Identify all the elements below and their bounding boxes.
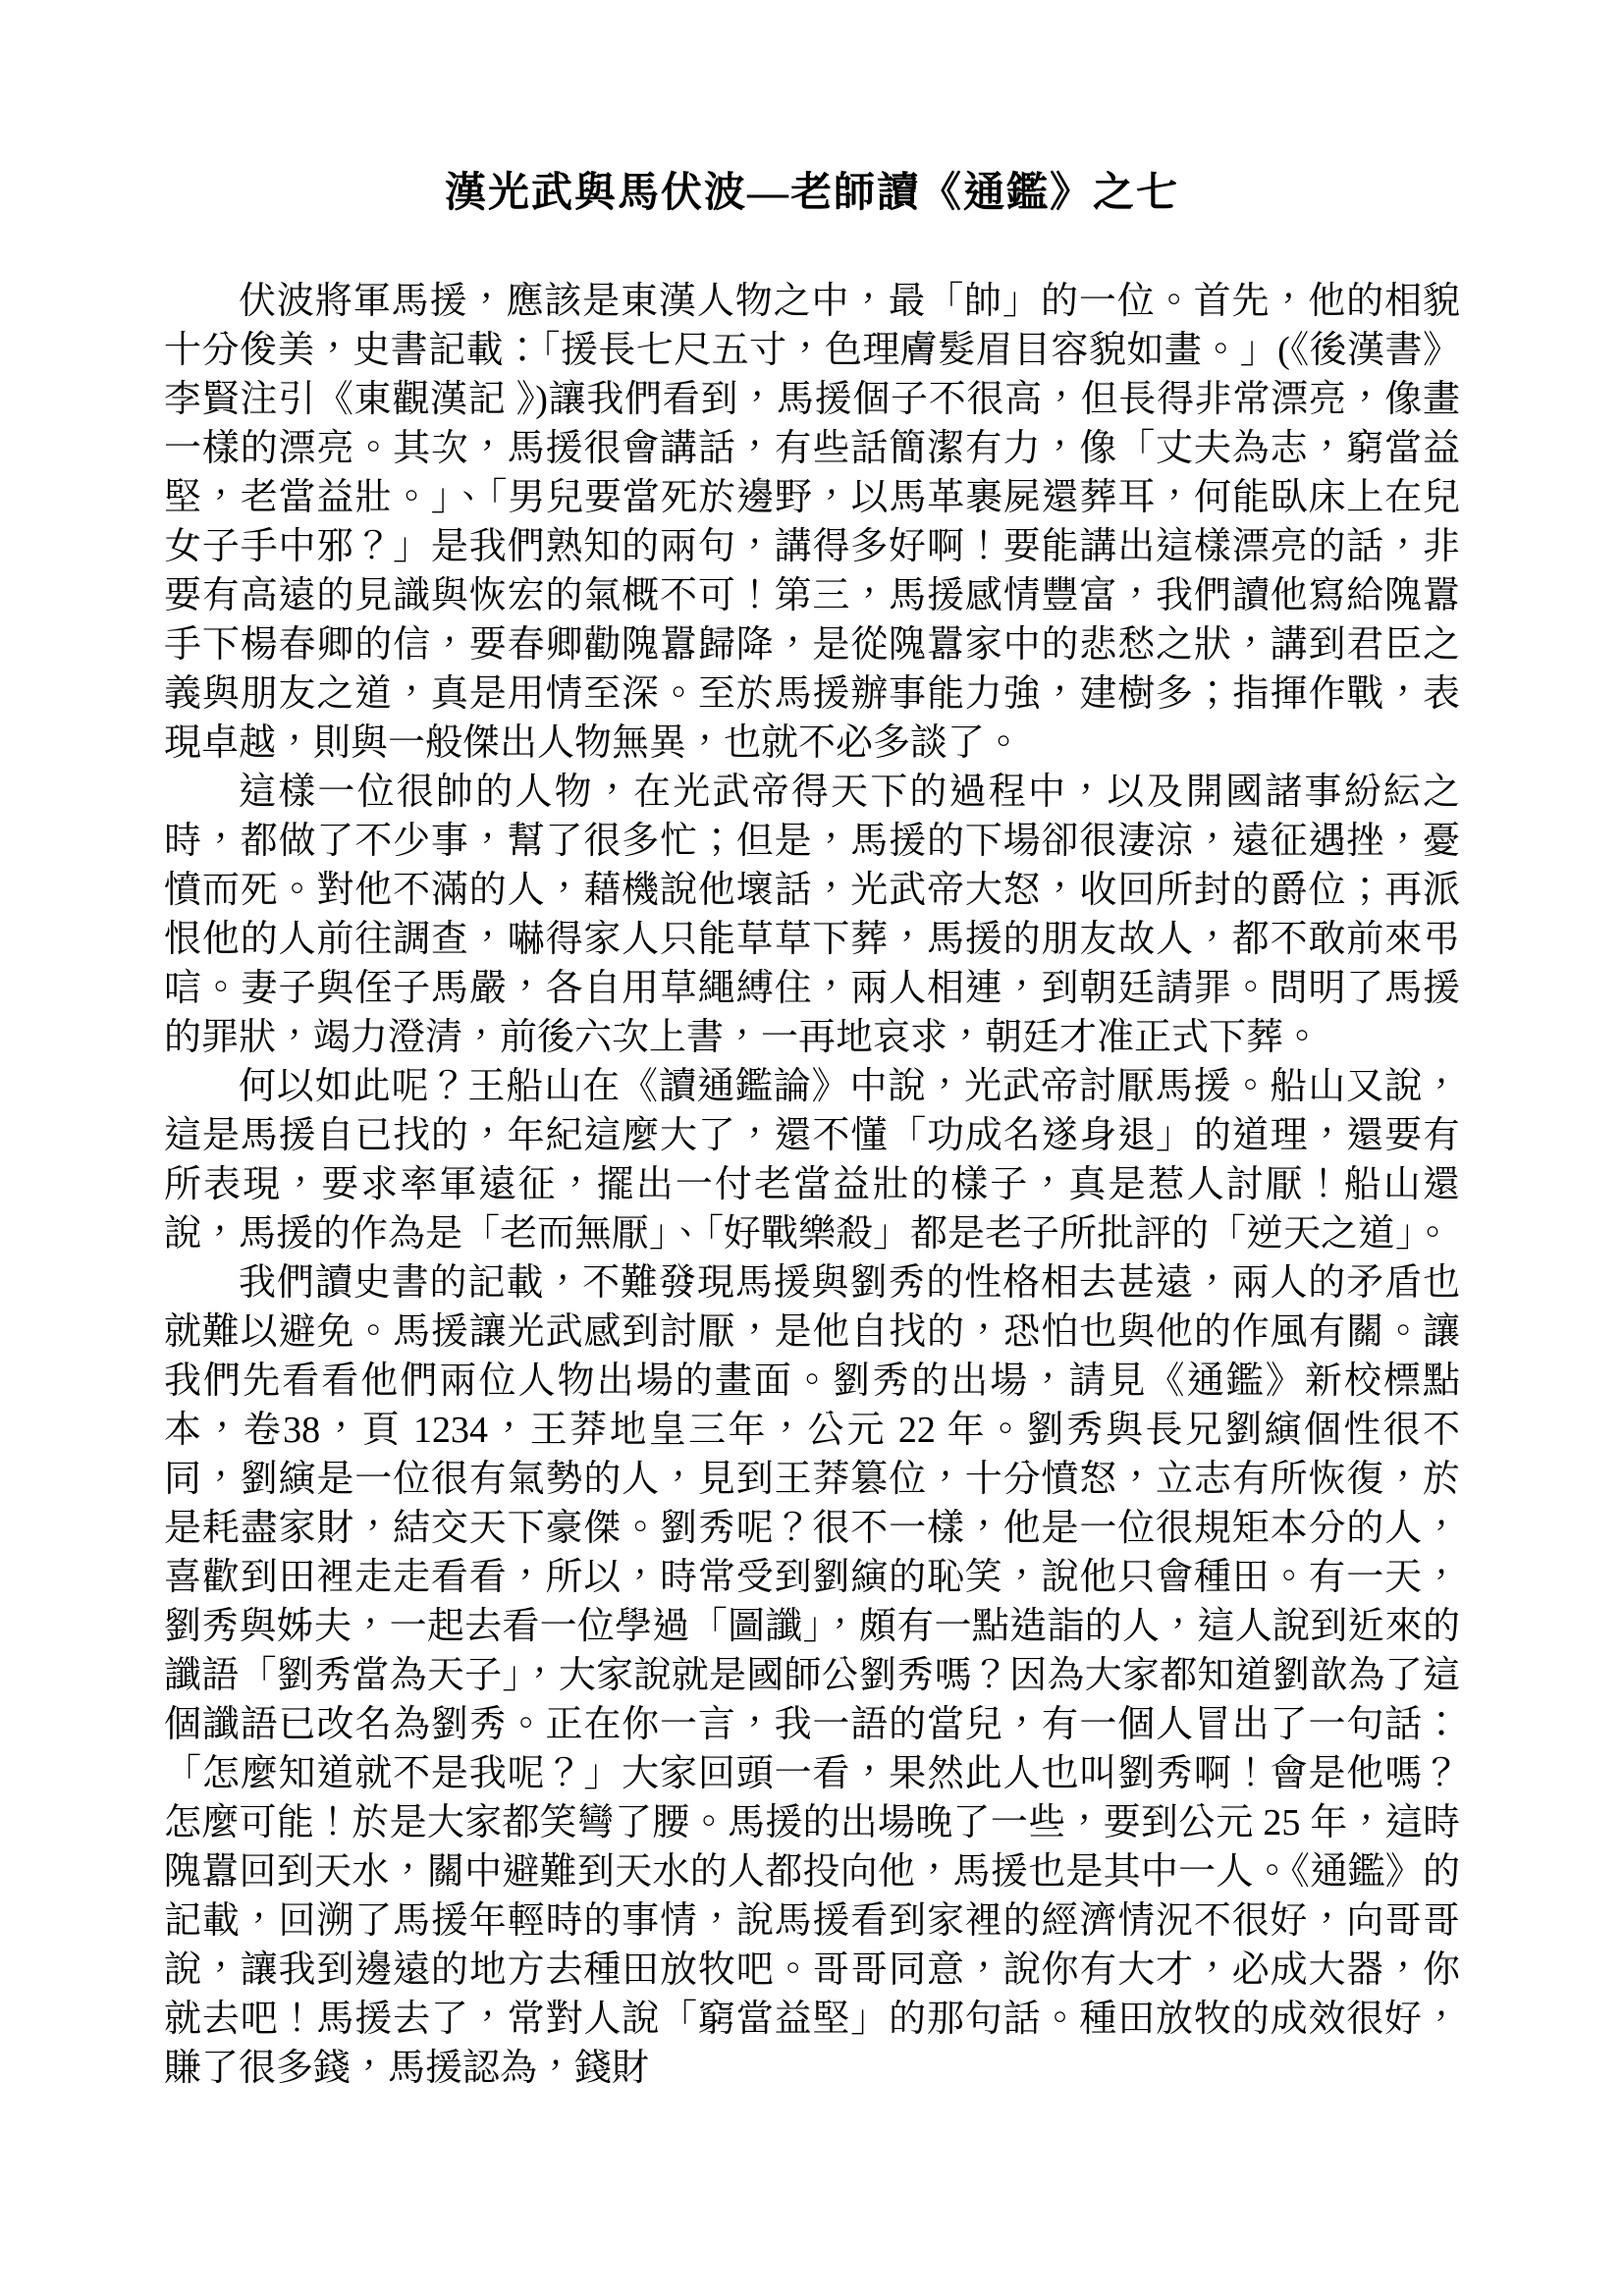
document-title: 漢光武與馬伏波—老師讀《通鑑》之七 (164, 167, 1460, 220)
document-page: 漢光武與馬伏波—老師讀《通鑑》之七 伏波將軍馬援，應該是東漢人物之中，最「帥」的… (0, 0, 1624, 2296)
paragraph: 我們讀史書的記載，不難發現馬援與劉秀的性格相去甚遠，兩人的矛盾也就難以避免。馬援… (164, 1258, 1460, 2093)
paragraph: 伏波將軍馬援，應該是東漢人物之中，最「帥」的一位。首先，他的相貌十分俊美，史書記… (164, 277, 1460, 768)
document-body: 伏波將軍馬援，應該是東漢人物之中，最「帥」的一位。首先，他的相貌十分俊美，史書記… (164, 277, 1460, 2093)
paragraph: 何以如此呢？王船山在《讀通鑑論》中說，光武帝討厭馬援。船山又說，這是馬援自已找的… (164, 1062, 1460, 1258)
paragraph: 這樣一位很帥的人物，在光武帝得天下的過程中，以及開國諸事紛紜之時，都做了不少事，… (164, 768, 1460, 1062)
